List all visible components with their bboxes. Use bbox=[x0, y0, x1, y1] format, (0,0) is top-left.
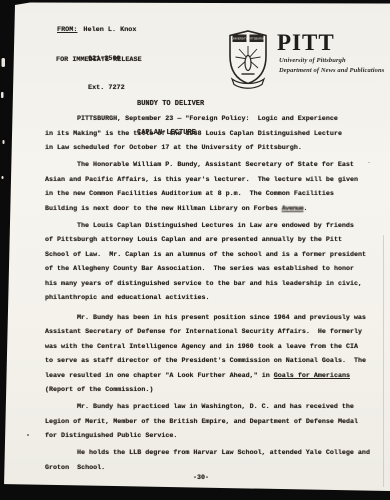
seal-text-university: UNIVERSITY bbox=[232, 37, 248, 41]
text-line: his many years of distinguished service … bbox=[45, 277, 375, 292]
paragraph: The Louis Caplan Distinguished Lectures … bbox=[45, 219, 375, 306]
text-line: The Honorable William P. Bundy, Assistan… bbox=[45, 158, 375, 173]
press-release-page: FROM:Helen L. Knox 621-3500 Ext. 7272 FO… bbox=[0, 0, 390, 500]
text-line: philanthropic and educational activities… bbox=[45, 291, 375, 306]
text-line: of Pittsburgh attorney Louis Caplan and … bbox=[45, 233, 375, 248]
release-line: FOR IMMEDIATE RELEASE bbox=[56, 56, 142, 64]
seal-text-pittsburgh: PITTSBURGH bbox=[248, 37, 265, 41]
text-line: Asian and Pacific Affairs, is this year'… bbox=[45, 173, 375, 188]
text-line: (Report of the Commission.) bbox=[45, 383, 375, 398]
university-seal-icon: UNIVERSITY PITTSBURGH bbox=[227, 30, 269, 90]
contact-name: Helen L. Knox bbox=[83, 26, 136, 34]
text-line: Mr. Bundy has been in his present positi… bbox=[45, 311, 375, 326]
contact-from-line: FROM:Helen L. Knox bbox=[57, 26, 136, 36]
seal-lamp-icon bbox=[245, 56, 251, 71]
text-line: Legion of Merit, Member of the British E… bbox=[45, 415, 375, 430]
text-line: School of Law. Mr. Caplan is an alumnus … bbox=[45, 248, 375, 263]
pitt-wordmark: PITT bbox=[277, 31, 335, 54]
paragraph: Mr. Bundy has practiced law in Washingto… bbox=[45, 400, 375, 444]
text-line: PITTSBURGH, September 23 — "Foreign Poli… bbox=[45, 112, 375, 127]
paragraph: Mr. Bundy has been in his present positi… bbox=[45, 311, 375, 398]
underlined-text: Goals for Americans bbox=[274, 372, 350, 380]
org-name: University of Pittsburgh bbox=[279, 57, 346, 65]
headline-line1: BUNDY TO DELIVER bbox=[137, 100, 204, 110]
text-line: for Distinguished Public Service. bbox=[45, 429, 375, 444]
body-text: PITTSBURGH, September 23 — "Foreign Poli… bbox=[45, 112, 375, 475]
org-department: Department of News and Publications bbox=[279, 67, 384, 75]
text-line: leave resulted in one chapter "A Look Fu… bbox=[45, 369, 375, 384]
scan-crease-line bbox=[383, 235, 384, 487]
text-segment: leave resulted in one chapter "A Look Fu… bbox=[45, 372, 274, 380]
text-line: in Law scheduled for October 17 at the U… bbox=[45, 141, 375, 156]
text-line: The Louis Caplan Distinguished Lectures … bbox=[45, 219, 375, 234]
text-line: to serve as staff director of the Presid… bbox=[45, 354, 375, 369]
end-mark: -30- bbox=[45, 474, 357, 483]
scan-speck bbox=[27, 434, 29, 436]
text-line: Assistant Secretary of Defense for Inter… bbox=[45, 325, 375, 340]
paragraph: He holds the LLB degree from Harvar Law … bbox=[45, 446, 375, 475]
text-line: Groton School. bbox=[45, 461, 375, 476]
text-line: in its Making" is the title of the 1968 … bbox=[45, 127, 375, 142]
text-line: was with the Central Intelligence Agency… bbox=[45, 340, 375, 355]
text-segment: Building is next door to the new Hillman… bbox=[45, 205, 282, 213]
contact-extension: Ext. 7272 bbox=[57, 84, 136, 94]
text-line: Mr. Bundy has practiced law in Washingto… bbox=[45, 400, 375, 415]
text-line: Building is next door to the new Hillman… bbox=[45, 202, 375, 217]
paragraph: PITTSBURGH, September 23 — "Foreign Poli… bbox=[45, 112, 375, 156]
text-segment: . bbox=[303, 205, 307, 213]
text-line: in the new Common Facilities Auditorium … bbox=[45, 187, 375, 202]
handwritten-correction: Avenue bbox=[282, 205, 304, 213]
from-label: FROM: bbox=[57, 26, 77, 34]
text-line: of the Allegheny County Bar Association.… bbox=[45, 262, 375, 277]
scan-speck bbox=[368, 162, 370, 163]
paragraph: The Honorable William P. Bundy, Assistan… bbox=[45, 158, 375, 216]
text-line: He holds the LLB degree from Harvar Law … bbox=[45, 446, 375, 461]
